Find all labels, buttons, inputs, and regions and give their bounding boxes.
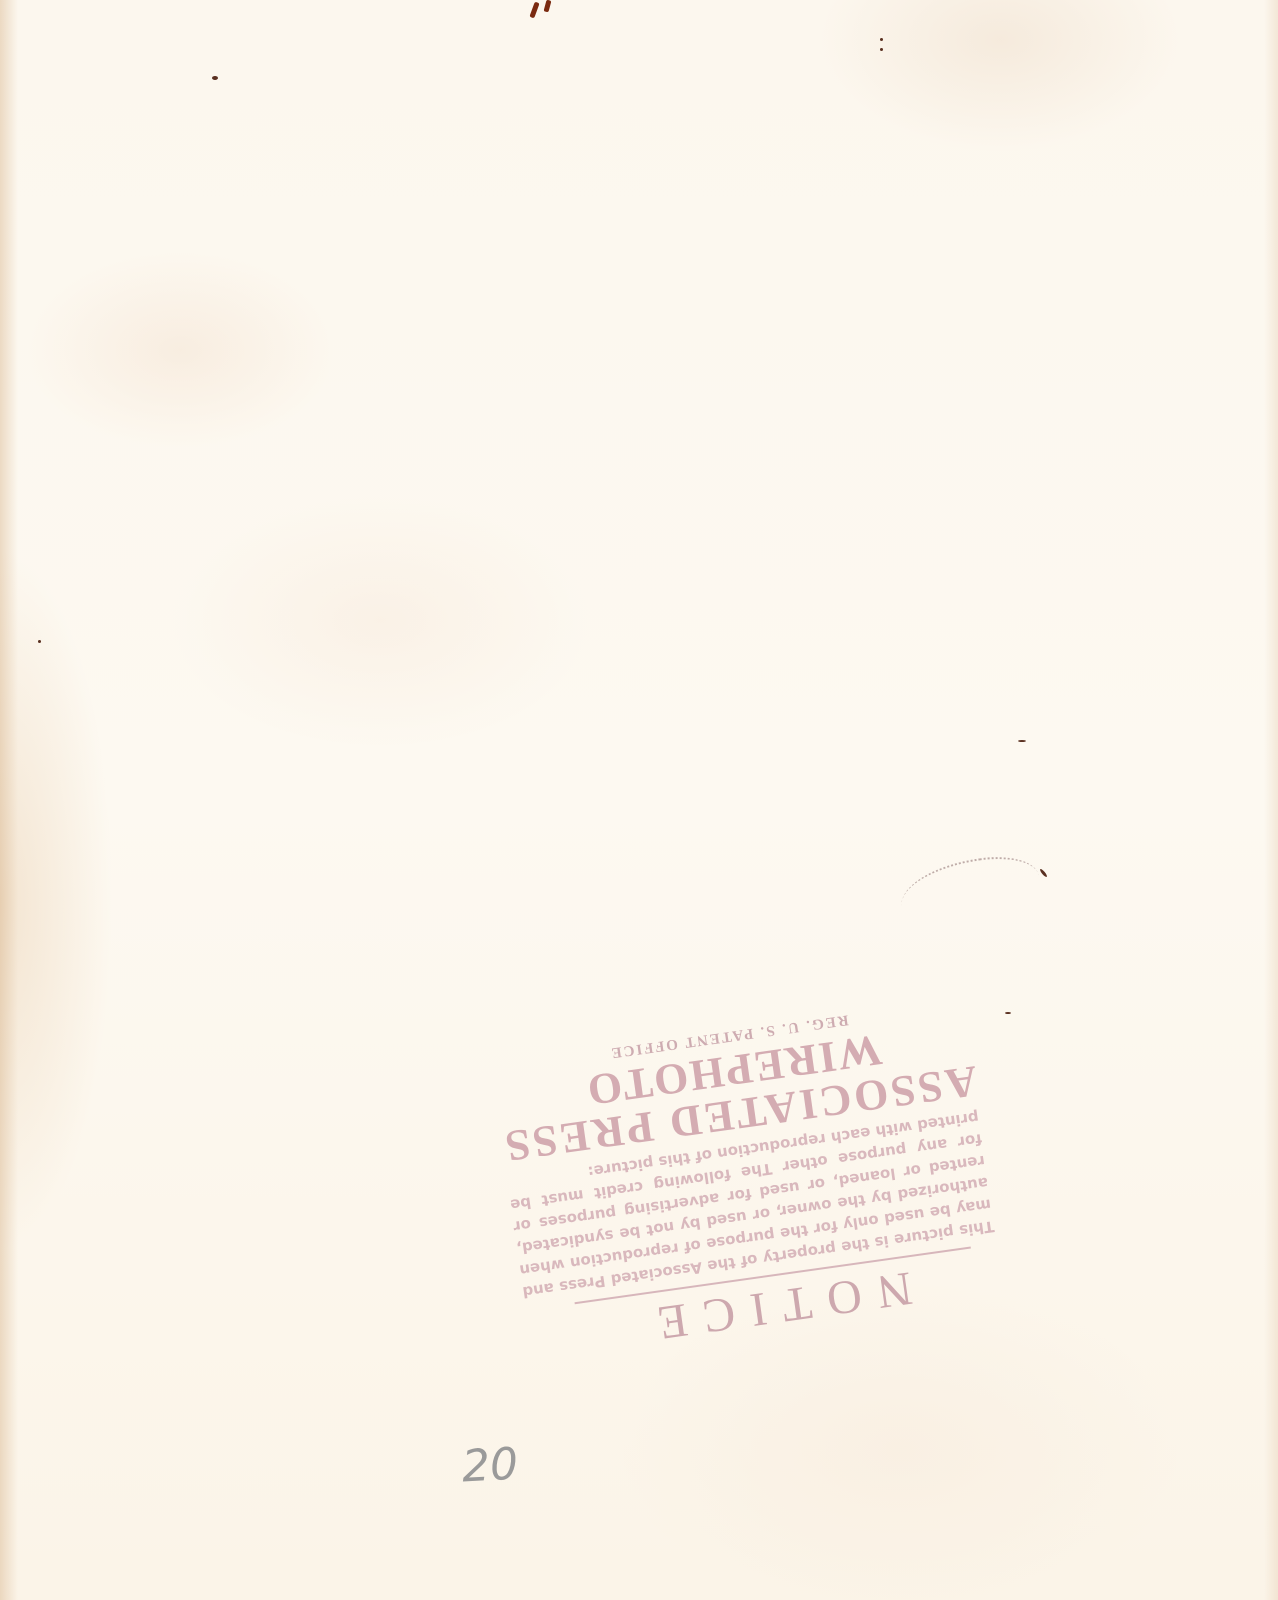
speck — [38, 640, 41, 643]
ink-mark-top — [544, 0, 552, 12]
speck — [880, 48, 883, 51]
handwritten-note: 20 — [461, 1439, 520, 1493]
speck — [880, 38, 883, 41]
pencil-arc-mark — [896, 851, 1043, 932]
left-edge-stain — [0, 0, 18, 1600]
photo-back-sheet: NOTICE This picture is the property of t… — [0, 0, 1278, 1600]
speck — [212, 76, 218, 80]
speck — [1005, 1012, 1011, 1014]
ap-notice-stamp: NOTICE This picture is the property of t… — [472, 932, 1019, 1368]
speck — [1018, 740, 1026, 742]
right-edge-stain — [1264, 0, 1278, 1600]
speck — [1039, 868, 1048, 878]
ink-mark-top — [529, 2, 539, 19]
